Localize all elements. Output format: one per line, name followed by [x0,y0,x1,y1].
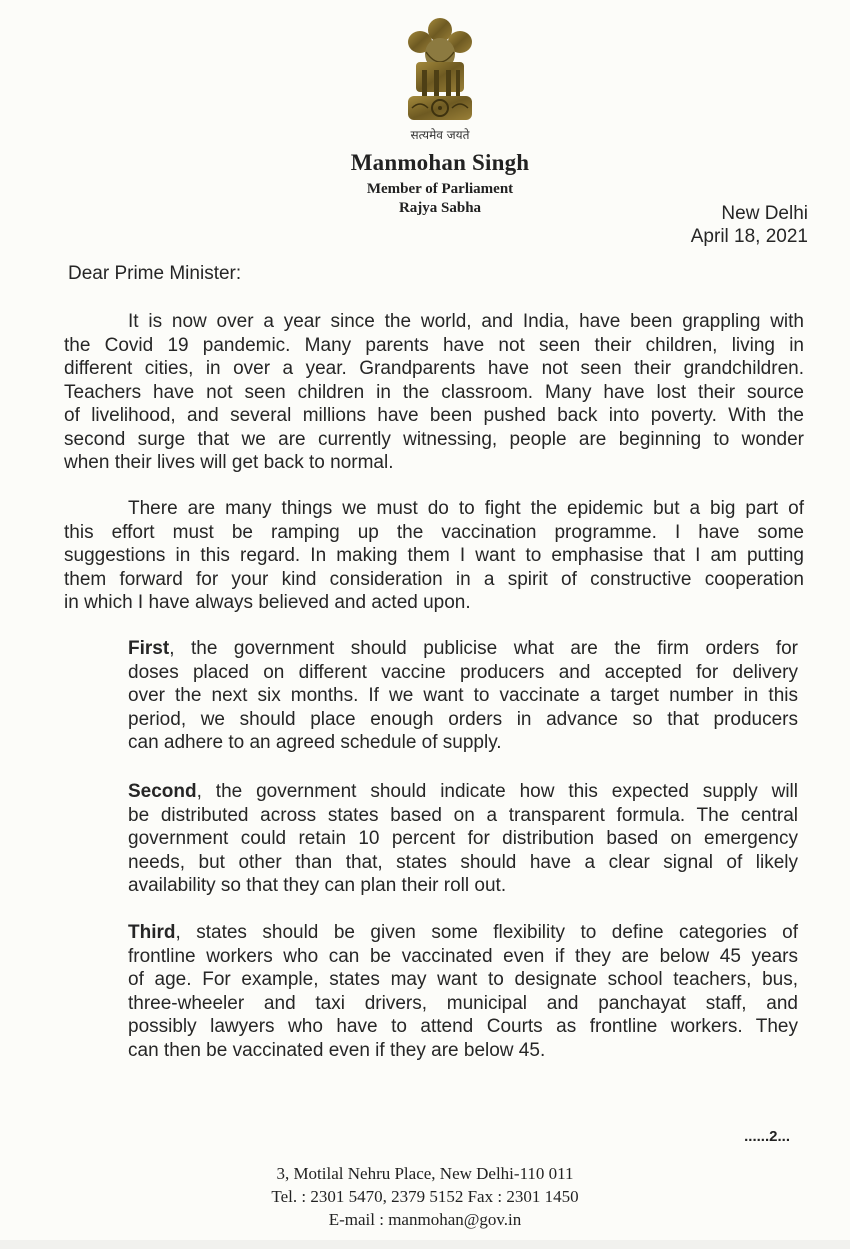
page-edge [0,1240,850,1249]
paragraph-line: availability so that they can plan their… [128,874,798,898]
paragraph-line: over the next six months. If we want to … [128,684,798,708]
footer-address: 3, Motilal Nehru Place, New Delhi-110 01… [200,1164,650,1184]
paragraph-line: frontline workers who can be vaccinated … [128,945,798,969]
paragraph-line: can adhere to an agreed schedule of supp… [128,731,798,755]
paragraph-line: the Covid 19 pandemic. Many parents have… [64,334,804,358]
letterhead-role: Member of Parliament [300,181,580,198]
paragraph-line: First, the government should publicise w… [128,637,798,661]
suggestion-third: Third, states should be given some flexi… [128,921,798,1062]
suggestion-second: Second, the government should indicate h… [128,780,798,898]
paragraph-line: different cities, in over a year. Grandp… [64,357,804,381]
paragraph-line: government could retain 10 percent for d… [128,827,798,851]
suggestion-text: , the government should publicise what a… [169,638,798,659]
ashoka-emblem-icon [404,12,476,130]
page-continuation: ......2... [744,1128,790,1145]
letter-place: New Delhi [721,203,808,225]
paragraph-line: of livelihood, and several millions have… [64,404,804,428]
paragraph-line: this effort must be ramping up the vacci… [64,521,804,545]
suggestion-first: First, the government should publicise w… [128,637,798,755]
paragraph-line: suggestions in this regard. In making th… [64,544,804,568]
paragraph-line: be distributed across states based on a … [128,804,798,828]
paragraph-line: three-wheeler and taxi drivers, municipa… [128,992,798,1016]
suggestion-lead: Second [128,781,197,802]
salutation: Dear Prime Minister: [68,263,241,285]
paragraph-line: doses placed on different vaccine produc… [128,661,798,685]
letter-date: April 18, 2021 [691,226,808,248]
paragraph-line: in which I have always believed and acte… [64,591,804,615]
suggestion-text: , states should be given some flexibilit… [176,922,799,943]
suggestion-lead: Third [128,922,176,943]
paragraph-line: when their lives will get back to normal… [64,451,804,475]
letterhead-house: Rajya Sabha [300,200,580,217]
letter-page: सत्यमेव जयते Manmohan Singh Member of Pa… [0,0,850,1249]
letterhead-name: Manmohan Singh [300,150,580,176]
suggestion-lead: First [128,638,169,659]
paragraph-line: can then be vaccinated even if they are … [128,1039,798,1063]
paragraph-line: of age. For example, states may want to … [128,968,798,992]
paragraph-line: possibly lawyers who have to attend Cour… [128,1015,798,1039]
footer-phone: Tel. : 2301 5470, 2379 5152 Fax : 2301 1… [200,1187,650,1207]
paragraph-vaccination: There are many things we must do to figh… [64,497,804,615]
paragraph-line: It is now over a year since the world, a… [64,310,804,334]
paragraph-line: second surge that we are currently witne… [64,428,804,452]
suggestion-text: , the government should indicate how thi… [197,781,798,802]
paragraph-line: Third, states should be given some flexi… [128,921,798,945]
paragraph-line: them forward for your kind consideration… [64,568,804,592]
footer-email: E-mail : manmohan@gov.in [200,1210,650,1230]
emblem-motto: सत्यमेव जयते [370,126,510,143]
paragraph-intro: It is now over a year since the world, a… [64,310,804,475]
paragraph-line: period, we should place enough orders in… [128,708,798,732]
paragraph-line: Teachers have not seen children in the c… [64,381,804,405]
paragraph-line: needs, but other than that, states shoul… [128,851,798,875]
paragraph-line: There are many things we must do to figh… [64,497,804,521]
paragraph-line: Second, the government should indicate h… [128,780,798,804]
